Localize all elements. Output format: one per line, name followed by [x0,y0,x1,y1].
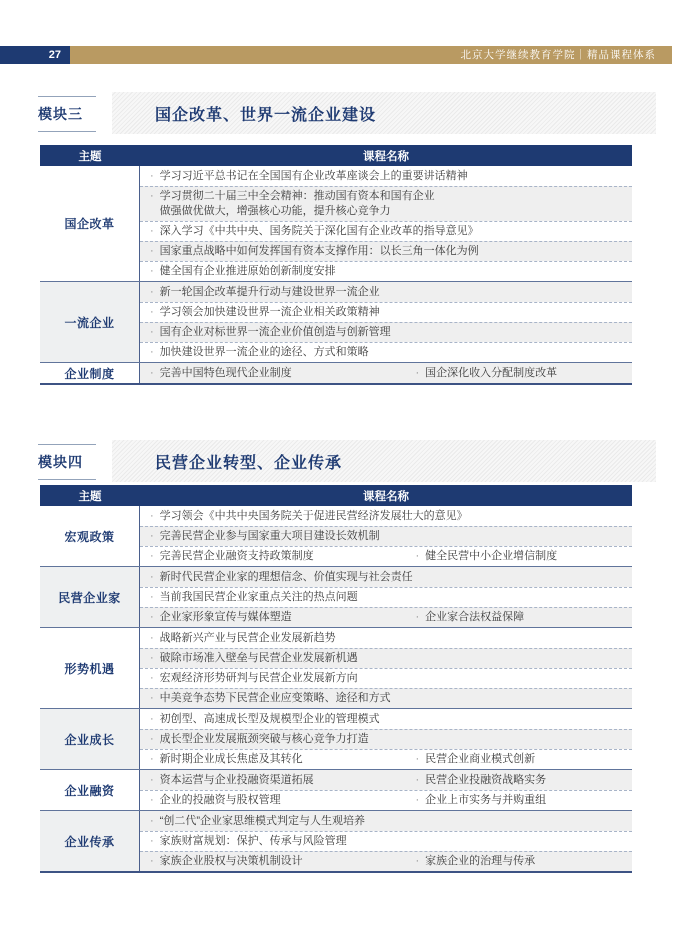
bullet-icon: · [415,793,419,808]
table-row: ·当前我国民营企业家重点关注的热点问题 [140,587,632,607]
bullet-icon: · [150,549,154,564]
table-group: 形势机遇·战略新兴产业与民营企业发展新趋势·破除市场准入壁垒与民营企业发展新机遇… [40,627,632,708]
course-cell: ·健全民营中小企业增信制度 [415,549,557,564]
bullet-icon: · [415,752,419,767]
course-cell: ·加快建设世界一流企业的途径、方式和策略 [150,345,369,360]
course-name: 国有企业对标世界一流企业价值创造与创新管理 [160,325,391,340]
course-name: 企业上市实务与并购重组 [425,793,546,808]
bullet-icon: · [150,366,154,381]
group-rows: ·学习习近平总书记在全国国有企业改革座谈会上的重要讲话精神·学习贯彻二十届三中全… [140,166,632,281]
table-group: 企业传承·“创二代”企业家思维模式判定与人生观培养·家族财富规划：保护、传承与风… [40,810,632,871]
theme-cell: 企业传承 [40,811,140,871]
theme-cell: 一流企业 [40,282,140,362]
table-row: ·加快建设世界一流企业的途径、方式和策略 [140,342,632,362]
bullet-icon: · [150,285,154,300]
table-row: ·学习贯彻二十届三中全会精神：推动国有资本和国有企业 做强做优做大，增强核心功能… [140,186,632,221]
table-row: ·完善中国特色现代企业制度·国企深化收入分配制度改革 [140,363,632,383]
table-group: 一流企业·新一轮国企改革提升行动与建设世界一流企业·学习领会加快建设世界一流企业… [40,281,632,362]
table-header-row: 主题课程名称 [40,145,632,166]
course-name: 企业的投融资与股权管理 [160,793,281,808]
document-page: 27 北京大学继续教育学院｜精品课程体系 模块三 国企改革、世界一流企业建设 主… [0,0,680,925]
table-row: ·健全国有企业推进原始创新制度安排 [140,261,632,281]
brand-text: 北京大学继续教育学院｜精品课程体系 [70,46,672,64]
table-row: ·国有企业对标世界一流企业价值创造与创新管理 [140,322,632,342]
group-rows: ·初创型、高速成长型及规模型企业的管理模式·成长型企业发展瓶颈突破与核心竞争力打… [140,709,632,769]
bullet-icon: · [150,509,154,524]
bullet-icon: · [150,834,154,849]
table-row: ·学习习近平总书记在全国国有企业改革座谈会上的重要讲话精神 [140,166,632,186]
course-cell: ·当前我国民营企业家重点关注的热点问题 [150,590,358,605]
course-cell: ·家族企业股权与决策机制设计 [150,854,415,869]
course-cell: ·新时代民营企业家的理想信念、价值实现与社会责任 [150,570,413,585]
course-cell: ·家族企业的治理与传承 [415,854,535,869]
course-cell: ·学习贯彻二十届三中全会精神：推动国有资本和国有企业 做强做优做大，增强核心功能… [150,189,435,219]
course-name: 国家重点战略中如何发挥国有资本支撑作用：以长三角一体化为例 [160,244,479,259]
theme-cell: 形势机遇 [40,628,140,708]
column-header-theme: 主题 [40,485,140,506]
table-row: ·学习领会《中共中央国务院关于促进民营经济发展壮大的意见》 [140,506,632,526]
table-group: 宏观政策·学习领会《中共中央国务院关于促进民营经济发展壮大的意见》·完善民营企业… [40,506,632,566]
table-row: ·家族财富规划：保护、传承与风险管理 [140,831,632,851]
course-name: 学习习近平总书记在全国国有企业改革座谈会上的重要讲话精神 [160,169,468,184]
course-name: 企业家形象宣传与媒体塑造 [160,610,292,625]
bullet-icon: · [150,590,154,605]
module-title: 民营企业转型、企业传承 [155,450,342,473]
bullet-icon: · [150,651,154,666]
module-section-3: 模块三 国企改革、世界一流企业建设 [38,92,656,134]
bullet-icon: · [150,814,154,829]
table-group: 企业成长·初创型、高速成长型及规模型企业的管理模式·成长型企业发展瓶颈突破与核心… [40,708,632,769]
course-name: 家族财富规划：保护、传承与风险管理 [160,834,347,849]
course-name: “创二代”企业家思维模式判定与人生观培养 [160,814,365,829]
course-name: 民营企业商业模式创新 [425,752,535,767]
module-label-block: 模块四 [38,444,96,480]
course-cell: ·初创型、高速成长型及规模型企业的管理模式 [150,712,380,727]
table-group: 企业制度·完善中国特色现代企业制度·国企深化收入分配制度改革 [40,362,632,383]
course-name: 完善民营企业融资支持政策制度 [160,549,314,564]
course-cell: ·成长型企业发展瓶颈突破与核心竞争力打造 [150,732,369,747]
course-name: 学习领会加快建设世界一流企业相关政策精神 [160,305,380,320]
course-name: 完善民营企业参与国家重大项目建设长效机制 [160,529,380,544]
table-group: 企业融资·资本运营与企业投融资渠道拓展·民营企业投融资战略实务·企业的投融资与股… [40,769,632,810]
bullet-icon: · [150,345,154,360]
table-row: ·家族企业股权与决策机制设计·家族企业的治理与传承 [140,851,632,871]
course-name: 完善中国特色现代企业制度 [160,366,292,381]
bullet-icon: · [150,691,154,706]
group-rows: ·战略新兴产业与民营企业发展新趋势·破除市场准入壁垒与民营企业发展新机遇·宏观经… [140,628,632,708]
course-name: 学习领会《中共中央国务院关于促进民营经济发展壮大的意见》 [160,509,468,524]
table-row: ·完善民营企业融资支持政策制度·健全民营中小企业增信制度 [140,546,632,566]
course-cell: ·深入学习《中共中央、国务院关于深化国有企业改革的指导意见》 [150,224,479,239]
course-name: 企业家合法权益保障 [425,610,524,625]
table-row: ·企业的投融资与股权管理·企业上市实务与并购重组 [140,790,632,810]
theme-cell: 企业制度 [40,363,140,383]
bullet-icon: · [150,610,154,625]
table-row: ·完善民营企业参与国家重大项目建设长效机制 [140,526,632,546]
group-rows: ·学习领会《中共中央国务院关于促进民营经济发展壮大的意见》·完善民营企业参与国家… [140,506,632,566]
module-title-band: 国企改革、世界一流企业建设 [112,92,656,134]
table-row: ·新一轮国企改革提升行动与建设世界一流企业 [140,282,632,302]
course-cell: ·企业家形象宣传与媒体塑造 [150,610,415,625]
course-cell: ·战略新兴产业与民营企业发展新趋势 [150,631,336,646]
bullet-icon: · [150,325,154,340]
module-label-block: 模块三 [38,96,96,132]
course-table-module-3: 主题课程名称国企改革·学习习近平总书记在全国国有企业改革座谈会上的重要讲话精神·… [40,145,632,385]
table-row: ·破除市场准入壁垒与民营企业发展新机遇 [140,648,632,668]
theme-cell: 宏观政策 [40,506,140,566]
course-name: 国企深化收入分配制度改革 [425,366,557,381]
table-row: ·新时代民营企业家的理想信念、价值实现与社会责任 [140,567,632,587]
module-title-band: 民营企业转型、企业传承 [112,440,656,482]
table-row: ·宏观经济形势研判与民营企业发展新方向 [140,668,632,688]
course-name: 新一轮国企改革提升行动与建设世界一流企业 [160,285,380,300]
bullet-icon: · [150,732,154,747]
bullet-icon: · [150,752,154,767]
module-title: 国企改革、世界一流企业建设 [155,102,376,125]
course-name: 健全国有企业推进原始创新制度安排 [160,264,336,279]
course-cell: ·学习习近平总书记在全国国有企业改革座谈会上的重要讲话精神 [150,169,468,184]
course-name: 加快建设世界一流企业的途径、方式和策略 [160,345,369,360]
group-rows: ·完善中国特色现代企业制度·国企深化收入分配制度改革 [140,363,632,383]
bullet-icon: · [150,631,154,646]
table-row: ·深入学习《中共中央、国务院关于深化国有企业改革的指导意见》 [140,221,632,241]
table-row: ·初创型、高速成长型及规模型企业的管理模式 [140,709,632,729]
course-cell: ·学习领会《中共中央国务院关于促进民营经济发展壮大的意见》 [150,509,468,524]
course-cell: ·资本运营与企业投融资渠道拓展 [150,773,415,788]
course-name: 家族企业股权与决策机制设计 [160,854,303,869]
course-name: 当前我国民营企业家重点关注的热点问题 [160,590,358,605]
course-name: 深入学习《中共中央、国务院关于深化国有企业改革的指导意见》 [160,224,479,239]
course-name: 新时代民营企业家的理想信念、价值实现与社会责任 [160,570,413,585]
course-cell: ·新时期企业成长焦虑及其转化 [150,752,415,767]
rule-line [38,131,96,132]
course-cell: ·国企深化收入分配制度改革 [415,366,557,381]
bullet-icon: · [150,224,154,239]
bullet-icon: · [150,793,154,808]
course-name: 新时期企业成长焦虑及其转化 [160,752,303,767]
bullet-icon: · [150,529,154,544]
bullet-icon: · [150,570,154,585]
course-cell: ·企业的投融资与股权管理 [150,793,415,808]
course-cell: ·中美竞争态势下民营企业应变策略、途径和方式 [150,691,391,706]
table-row: ·资本运营与企业投融资渠道拓展·民营企业投融资战略实务 [140,770,632,790]
table-group: 国企改革·学习习近平总书记在全国国有企业改革座谈会上的重要讲话精神·学习贯彻二十… [40,166,632,281]
header-bar: 27 北京大学继续教育学院｜精品课程体系 [0,46,672,64]
table-row: ·战略新兴产业与民营企业发展新趋势 [140,628,632,648]
table-row: ·新时期企业成长焦虑及其转化·民营企业商业模式创新 [140,749,632,769]
course-name: 民营企业投融资战略实务 [425,773,546,788]
bullet-icon: · [415,610,419,625]
course-cell: ·破除市场准入壁垒与民营企业发展新机遇 [150,651,358,666]
bullet-icon: · [150,244,154,259]
group-rows: ·新一轮国企改革提升行动与建设世界一流企业·学习领会加快建设世界一流企业相关政策… [140,282,632,362]
table-row: ·“创二代”企业家思维模式判定与人生观培养 [140,811,632,831]
course-cell: ·企业上市实务与并购重组 [415,793,546,808]
bullet-icon: · [150,712,154,727]
bullet-icon: · [415,773,419,788]
theme-cell: 国企改革 [40,166,140,281]
table-row: ·学习领会加快建设世界一流企业相关政策精神 [140,302,632,322]
course-cell: ·完善民营企业融资支持政策制度 [150,549,415,564]
group-rows: ·新时代民营企业家的理想信念、价值实现与社会责任·当前我国民营企业家重点关注的热… [140,567,632,627]
rule-line [38,479,96,480]
bullet-icon: · [150,264,154,279]
course-name: 宏观经济形势研判与民营企业发展新方向 [160,671,358,686]
table-row: ·中美竞争态势下民营企业应变策略、途径和方式 [140,688,632,708]
table-header-row: 主题课程名称 [40,485,632,506]
bullet-icon: · [150,671,154,686]
bullet-icon: · [415,366,419,381]
course-name: 成长型企业发展瓶颈突破与核心竞争力打造 [160,732,369,747]
table-group: 民营企业家·新时代民营企业家的理想信念、价值实现与社会责任·当前我国民营企业家重… [40,566,632,627]
course-cell: ·民营企业投融资战略实务 [415,773,546,788]
course-name: 中美竞争态势下民营企业应变策略、途径和方式 [160,691,391,706]
course-cell: ·家族财富规划：保护、传承与风险管理 [150,834,347,849]
module-label: 模块三 [38,97,96,131]
group-rows: ·“创二代”企业家思维模式判定与人生观培养·家族财富规划：保护、传承与风险管理·… [140,811,632,871]
course-cell: ·完善民营企业参与国家重大项目建设长效机制 [150,529,380,544]
module-label: 模块四 [38,445,96,479]
course-cell: ·宏观经济形势研判与民营企业发展新方向 [150,671,358,686]
bullet-icon: · [415,854,419,869]
table-row: ·成长型企业发展瓶颈突破与核心竞争力打造 [140,729,632,749]
course-cell: ·国家重点战略中如何发挥国有资本支撑作用：以长三角一体化为例 [150,244,479,259]
theme-cell: 民营企业家 [40,567,140,627]
course-cell: ·国有企业对标世界一流企业价值创造与创新管理 [150,325,391,340]
course-cell: ·学习领会加快建设世界一流企业相关政策精神 [150,305,380,320]
column-header-course: 课程名称 [140,485,632,506]
course-name: 破除市场准入壁垒与民营企业发展新机遇 [160,651,358,666]
page-number: 27 [0,46,70,64]
bullet-icon: · [150,773,154,788]
column-header-course: 课程名称 [140,145,632,166]
course-name: 健全民营中小企业增信制度 [425,549,557,564]
course-cell: ·民营企业商业模式创新 [415,752,535,767]
bullet-icon: · [150,189,154,204]
course-cell: ·完善中国特色现代企业制度 [150,366,415,381]
course-cell: ·新一轮国企改革提升行动与建设世界一流企业 [150,285,380,300]
course-name: 初创型、高速成长型及规模型企业的管理模式 [160,712,380,727]
column-header-theme: 主题 [40,145,140,166]
module-section-4: 模块四 民营企业转型、企业传承 [38,440,656,482]
theme-cell: 企业融资 [40,770,140,810]
bullet-icon: · [150,854,154,869]
bullet-icon: · [150,305,154,320]
course-name: 资本运营与企业投融资渠道拓展 [160,773,314,788]
group-rows: ·资本运营与企业投融资渠道拓展·民营企业投融资战略实务·企业的投融资与股权管理·… [140,770,632,810]
table-row: ·国家重点战略中如何发挥国有资本支撑作用：以长三角一体化为例 [140,241,632,261]
course-name: 家族企业的治理与传承 [425,854,535,869]
course-cell: ·健全国有企业推进原始创新制度安排 [150,264,336,279]
course-cell: ·企业家合法权益保障 [415,610,524,625]
course-name: 战略新兴产业与民营企业发展新趋势 [160,631,336,646]
bullet-icon: · [150,169,154,184]
course-table-module-4: 主题课程名称宏观政策·学习领会《中共中央国务院关于促进民营经济发展壮大的意见》·… [40,485,632,873]
bullet-icon: · [415,549,419,564]
course-name: 学习贯彻二十届三中全会精神：推动国有资本和国有企业 做强做优做大，增强核心功能，… [160,189,435,219]
table-row: ·企业家形象宣传与媒体塑造·企业家合法权益保障 [140,607,632,627]
theme-cell: 企业成长 [40,709,140,769]
course-cell: ·“创二代”企业家思维模式判定与人生观培养 [150,814,365,829]
